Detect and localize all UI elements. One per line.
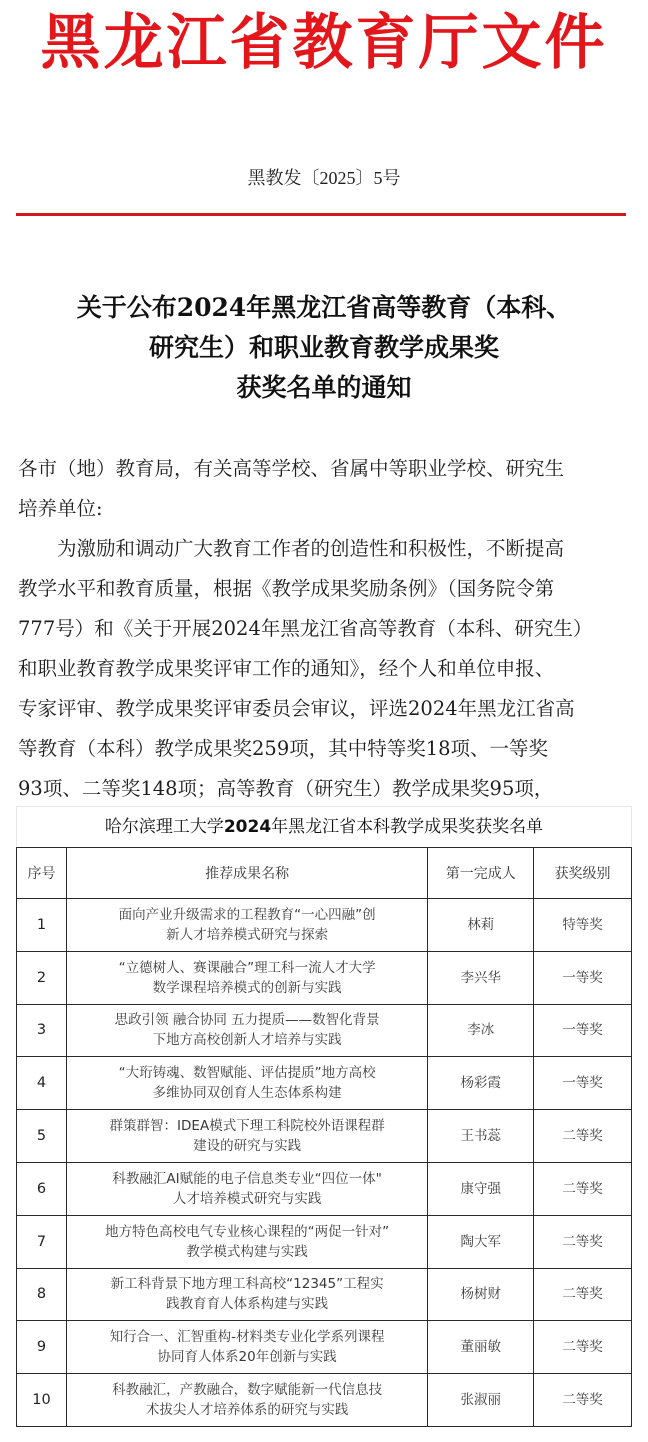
cell-level: 二等奖	[534, 1162, 632, 1215]
table-title-suffix: 年黑龙江省本科教学成果奖获奖名单	[271, 817, 543, 837]
name-line: 科教融汇AI赋能的电子信息类专业“四位一体"	[67, 1169, 427, 1189]
table-row: 1 面向产业升级需求的工程教育“一心四融”创新人才培养模式研究与探索 林莉 特等…	[17, 899, 632, 952]
cell-person: 林莉	[428, 899, 534, 952]
cell-serial: 6	[17, 1162, 67, 1215]
name-line: 群策群智：IDEA模式下理工科院校外语课程群	[67, 1116, 427, 1136]
table-row: 7 地方特色高校电气专业核心课程的“两促一针对”教学模式构建与实践 陶大军 二等…	[17, 1215, 632, 1268]
body-line: 777号）和《关于开展2024年黑龙江省高等教育（本科、研究生）	[18, 609, 630, 649]
cell-level: 一等奖	[534, 1057, 632, 1110]
body-line: 培养单位:	[18, 489, 630, 529]
cell-level: 一等奖	[534, 951, 632, 1004]
cell-person: 杨树财	[428, 1268, 534, 1321]
body-line: 为激励和调动广大教育工作者的创造性和积极性，不断提高	[18, 529, 630, 569]
body-line: 各市（地）教育局，有关高等学校、省属中等职业学校、研究生	[18, 449, 630, 489]
table-row: 4 “大珩铸魂、数智赋能、评估提质”地方高校多维协同双创育人生态体系构建 杨彩霞…	[17, 1057, 632, 1110]
table-row: 9 知行合一、汇智重构-材料类专业化学系列课程协同育人体系20年创新与实践 董丽…	[17, 1321, 632, 1374]
name-line: 新工科背景下地方理工科高校“12345”工程实	[67, 1274, 427, 1294]
name-line: 践教育育人体系构建与实践	[67, 1294, 427, 1314]
cell-level: 二等奖	[534, 1215, 632, 1268]
cell-person: 康守强	[428, 1162, 534, 1215]
name-line: 地方特色高校电气专业核心课程的“两促一针对”	[67, 1222, 427, 1242]
cell-person: 李兴华	[428, 951, 534, 1004]
notice-title-line: 研究生）和职业教育教学成果奖	[10, 328, 638, 368]
notice-body: 各市（地）教育局，有关高等学校、省属中等职业学校、研究生 培养单位: 为激励和调…	[18, 449, 630, 809]
name-line: 新人才培养模式研究与探索	[67, 925, 427, 945]
name-line: 多维协同双创育人生态体系构建	[67, 1083, 427, 1103]
header-award-level: 获奖级别	[534, 848, 632, 899]
cell-name: 群策群智：IDEA模式下理工科院校外语课程群建设的研究与实践	[66, 1110, 427, 1163]
name-line: 建设的研究与实践	[67, 1136, 427, 1156]
cell-name: 知行合一、汇智重构-材料类专业化学系列课程协同育人体系20年创新与实践	[66, 1321, 427, 1374]
cell-person: 王书蕊	[428, 1110, 534, 1163]
name-line: 思政引领 融合协同 五力提质——数智化背景	[67, 1010, 427, 1030]
cell-name: “立德树人、赛课融合”理工科一流人才大学数学课程培养模式的创新与实践	[66, 951, 427, 1004]
cell-name: 科教融汇AI赋能的电子信息类专业“四位一体"人才培养模式研究与实践	[66, 1162, 427, 1215]
notice-title-line: 获奖名单的通知	[10, 368, 638, 408]
cell-person: 陶大军	[428, 1215, 534, 1268]
body-line: 和职业教育教学成果奖评审工作的通知》，经个人和单位申报、	[18, 649, 630, 689]
header-achievement-name: 推荐成果名称	[66, 848, 427, 899]
header-serial-number: 序号	[17, 848, 67, 899]
cell-level: 二等奖	[534, 1268, 632, 1321]
table-row: 5 群策群智：IDEA模式下理工科院校外语课程群建设的研究与实践 王书蕊 二等奖	[17, 1110, 632, 1163]
table-row: 2 “立德树人、赛课融合”理工科一流人才大学数学课程培养模式的创新与实践 李兴华…	[17, 951, 632, 1004]
cell-name: “大珩铸魂、数智赋能、评估提质”地方高校多维协同双创育人生态体系构建	[66, 1057, 427, 1110]
cell-name: 面向产业升级需求的工程教育“一心四融”创新人才培养模式研究与探索	[66, 899, 427, 952]
notice-title-line: 关于公布2024年黑龙江省高等教育（本科、	[10, 288, 638, 328]
document-number: 黑教发〔2025〕5号	[0, 163, 648, 193]
table-title-year: 2024	[224, 817, 271, 837]
document-org-header: 黑龙江省教育厅文件	[0, 8, 648, 78]
name-line: 人才培养模式研究与实践	[67, 1189, 427, 1209]
cell-level: 特等奖	[534, 899, 632, 952]
name-line: 知行合一、汇智重构-材料类专业化学系列课程	[67, 1327, 427, 1347]
cell-level: 一等奖	[534, 1004, 632, 1057]
cell-person: 董丽敏	[428, 1321, 534, 1374]
header-first-completer: 第一完成人	[428, 848, 534, 899]
name-line: “立德树人、赛课融合”理工科一流人才大学	[67, 958, 427, 978]
award-table: 序号 推荐成果名称 第一完成人 获奖级别 1 面向产业升级需求的工程教育“一心四…	[16, 847, 632, 1427]
cell-person: 张淑丽	[428, 1374, 534, 1427]
cell-name: 地方特色高校电气专业核心课程的“两促一针对”教学模式构建与实践	[66, 1215, 427, 1268]
award-table-title: 哈尔滨理工大学2024年黑龙江省本科教学成果奖获奖名单	[16, 806, 632, 846]
name-line: 面向产业升级需求的工程教育“一心四融”创	[67, 905, 427, 925]
red-divider-rule	[16, 213, 626, 216]
cell-serial: 10	[17, 1374, 67, 1427]
table-row: 6 科教融汇AI赋能的电子信息类专业“四位一体"人才培养模式研究与实践 康守强 …	[17, 1162, 632, 1215]
cell-level: 二等奖	[534, 1374, 632, 1427]
name-line: 数学课程培养模式的创新与实践	[67, 978, 427, 998]
cell-level: 二等奖	[534, 1110, 632, 1163]
notice-title: 关于公布2024年黑龙江省高等教育（本科、 研究生）和职业教育教学成果奖 获奖名…	[10, 288, 638, 408]
cell-name: 新工科背景下地方理工科高校“12345”工程实践教育育人体系构建与实践	[66, 1268, 427, 1321]
body-line: 专家评审、教学成果奖评审委员会审议，评选2024年黑龙江省高	[18, 689, 630, 729]
cell-serial: 3	[17, 1004, 67, 1057]
body-line: 教学水平和教育质量，根据《教学成果奖励条例》（国务院令第	[18, 569, 630, 609]
cell-serial: 8	[17, 1268, 67, 1321]
cell-serial: 5	[17, 1110, 67, 1163]
table-title-prefix: 哈尔滨理工大学	[105, 817, 224, 837]
body-line: 93项、二等奖148项；高等教育（研究生）教学成果奖95项，	[18, 769, 630, 809]
name-line: 协同育人体系20年创新与实践	[67, 1347, 427, 1367]
table-header-row: 序号 推荐成果名称 第一完成人 获奖级别	[17, 848, 632, 899]
cell-level: 二等奖	[534, 1321, 632, 1374]
cell-serial: 9	[17, 1321, 67, 1374]
cell-serial: 2	[17, 951, 67, 1004]
name-line: 下地方高校创新人才培养与实践	[67, 1030, 427, 1050]
name-line: 科教融汇，产教融合，数字赋能新一代信息技	[67, 1380, 427, 1400]
name-line: 术拔尖人才培养体系的研究与实践	[67, 1400, 427, 1420]
cell-serial: 1	[17, 899, 67, 952]
body-line: 等教育（本科）教学成果奖259项，其中特等奖18项、一等奖	[18, 729, 630, 769]
table-row: 10 科教融汇，产教融合，数字赋能新一代信息技术拔尖人才培养体系的研究与实践 张…	[17, 1374, 632, 1427]
cell-person: 李冰	[428, 1004, 534, 1057]
cell-person: 杨彩霞	[428, 1057, 534, 1110]
table-row: 3 思政引领 融合协同 五力提质——数智化背景下地方高校创新人才培养与实践 李冰…	[17, 1004, 632, 1057]
cell-name: 科教融汇，产教融合，数字赋能新一代信息技术拔尖人才培养体系的研究与实践	[66, 1374, 427, 1427]
name-line: 教学模式构建与实践	[67, 1242, 427, 1262]
table-row: 8 新工科背景下地方理工科高校“12345”工程实践教育育人体系构建与实践 杨树…	[17, 1268, 632, 1321]
cell-name: 思政引领 融合协同 五力提质——数智化背景下地方高校创新人才培养与实践	[66, 1004, 427, 1057]
cell-serial: 7	[17, 1215, 67, 1268]
cell-serial: 4	[17, 1057, 67, 1110]
name-line: “大珩铸魂、数智赋能、评估提质”地方高校	[67, 1063, 427, 1083]
